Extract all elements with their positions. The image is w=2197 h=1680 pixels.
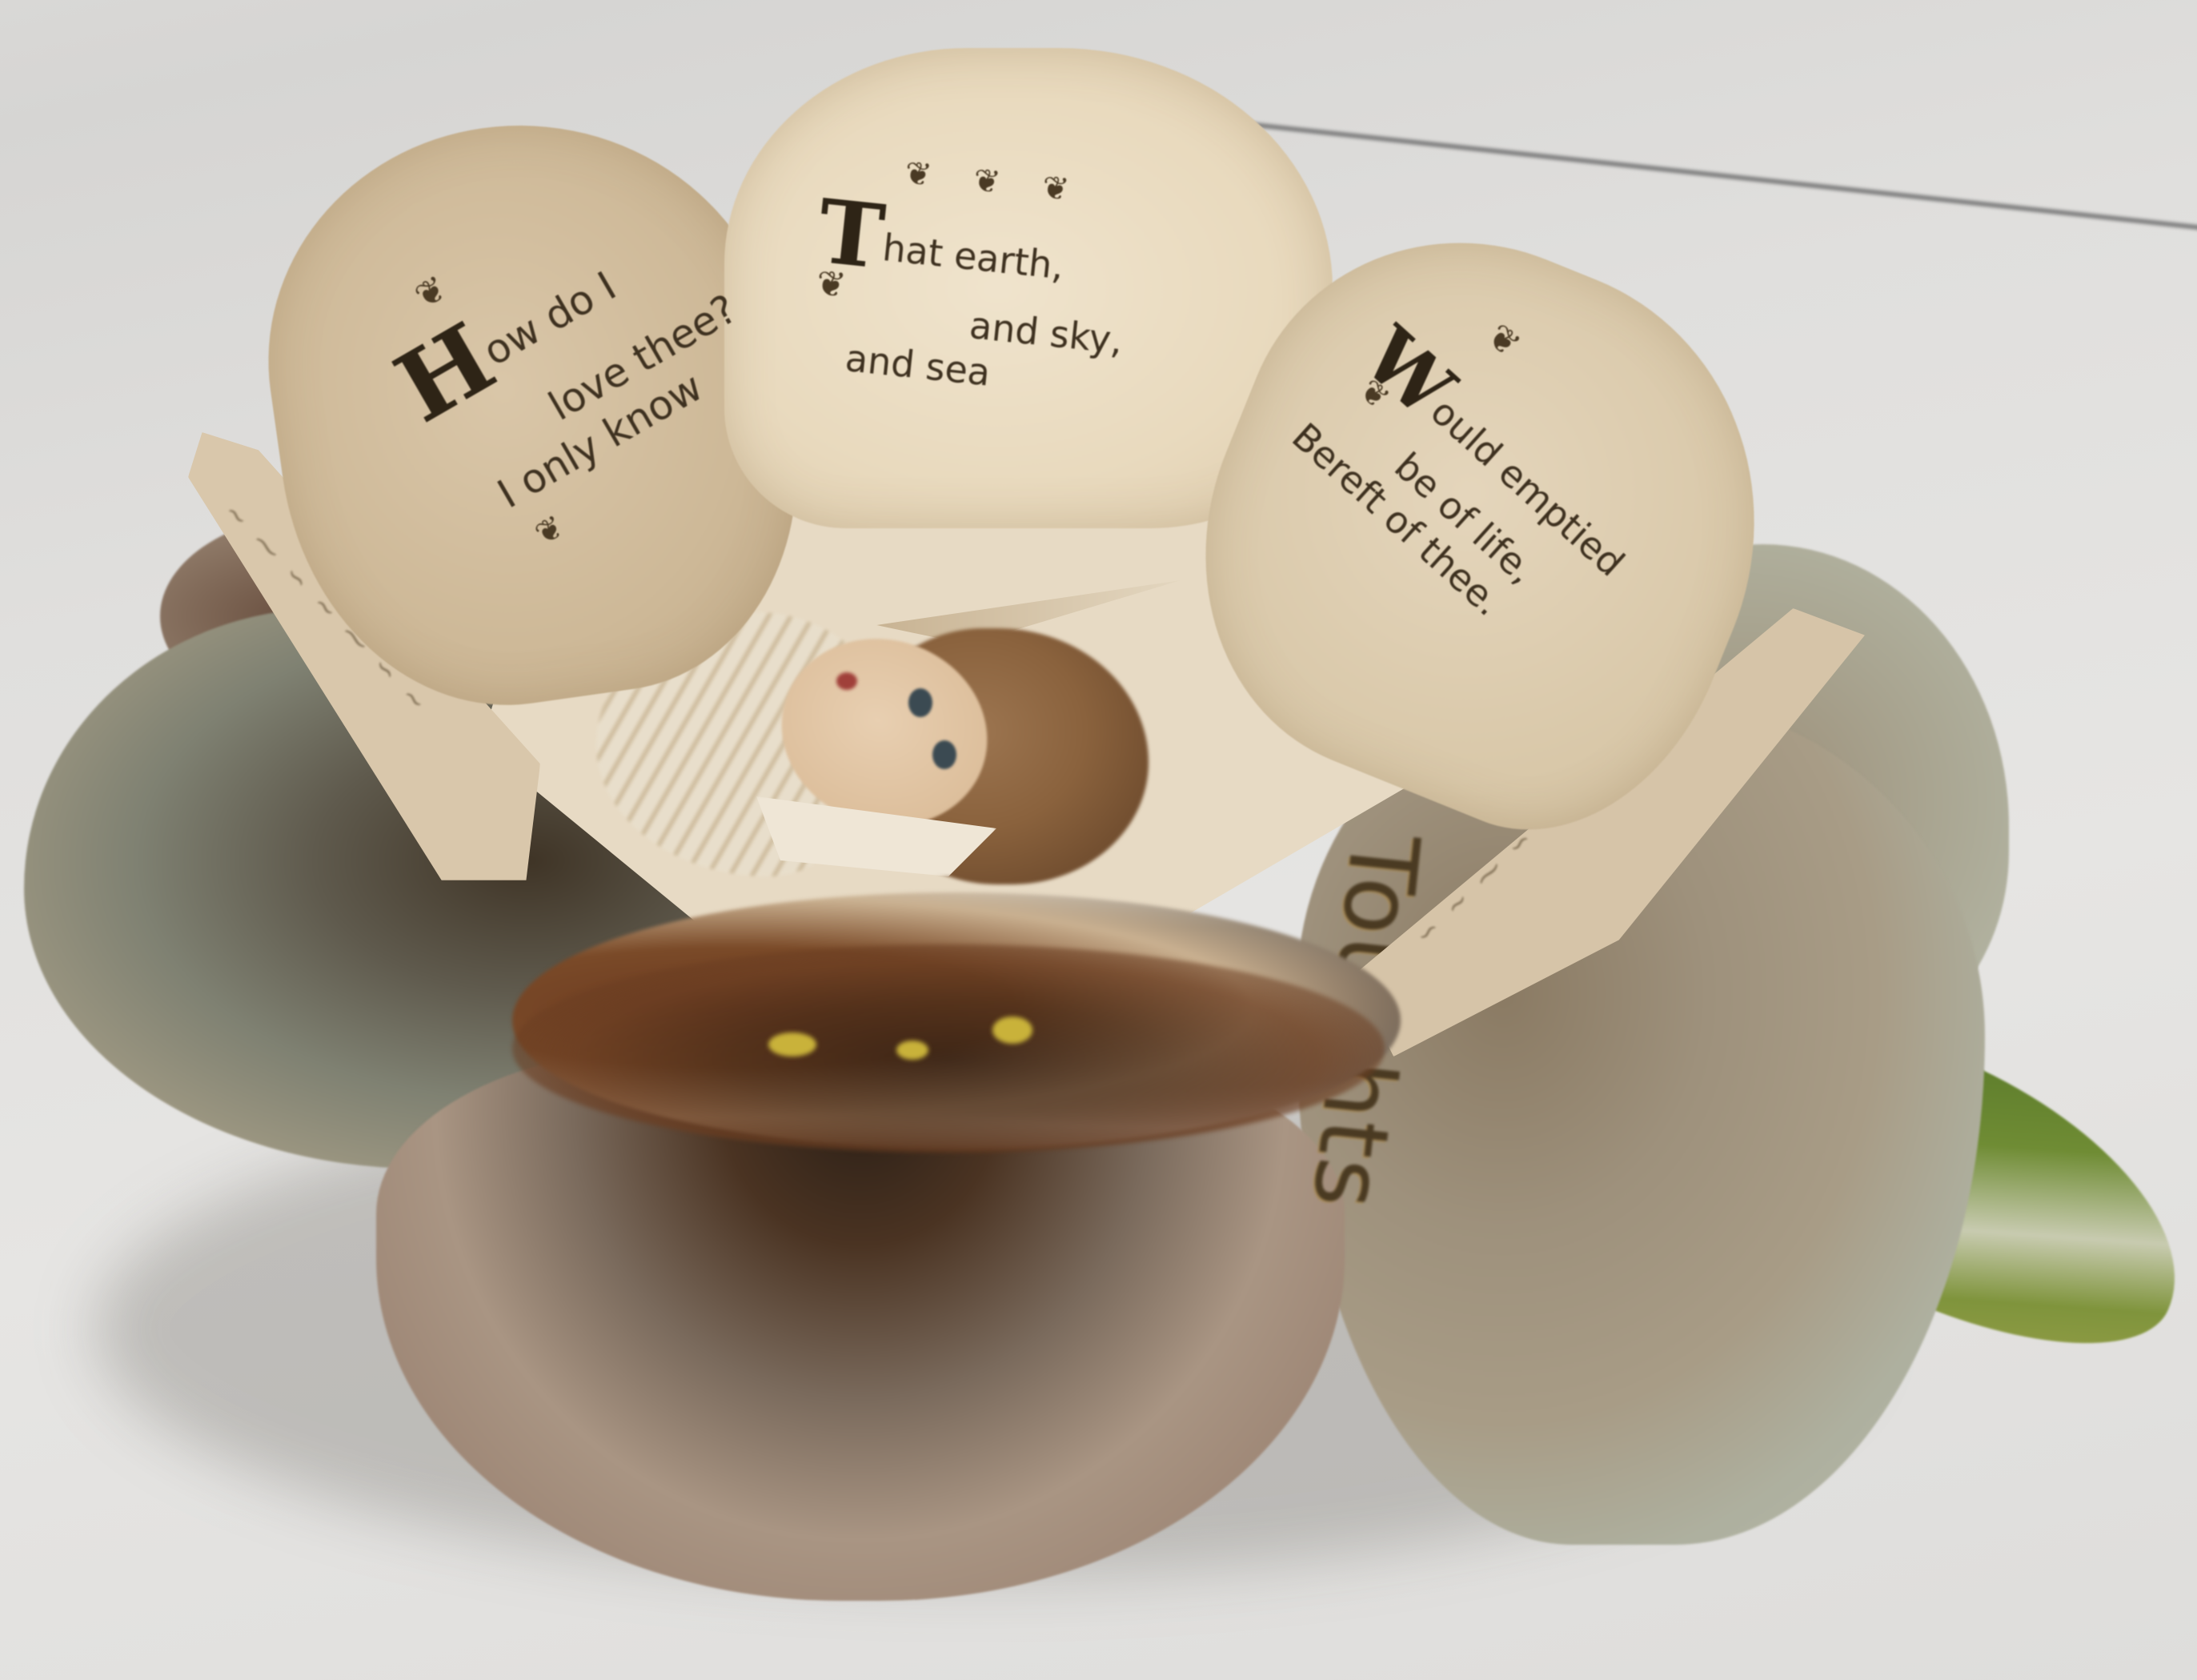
flourish-middle-side: ❦ [814, 263, 848, 307]
cherub-lips [836, 672, 857, 690]
paper-crease-line [1232, 120, 2197, 237]
verse-middle-line1: hat earth, [880, 226, 1066, 287]
photo-scene: Toughts ~ ⁓ ∽ ~ ⁓ ∽ ~ ∽ ~ ⁓ ∽ ~ ⁓ How do… [0, 0, 2197, 1680]
yellow-fleck-1 [768, 1032, 816, 1057]
yellow-fleck-2 [992, 1016, 1032, 1044]
yellow-fleck-3 [896, 1040, 928, 1060]
cherub-eye-right [932, 740, 956, 769]
cherub-eye-left [908, 688, 932, 717]
verse-middle: That earth, and sky, and sea [804, 176, 1137, 410]
pansy-dark-center [512, 944, 1385, 1153]
